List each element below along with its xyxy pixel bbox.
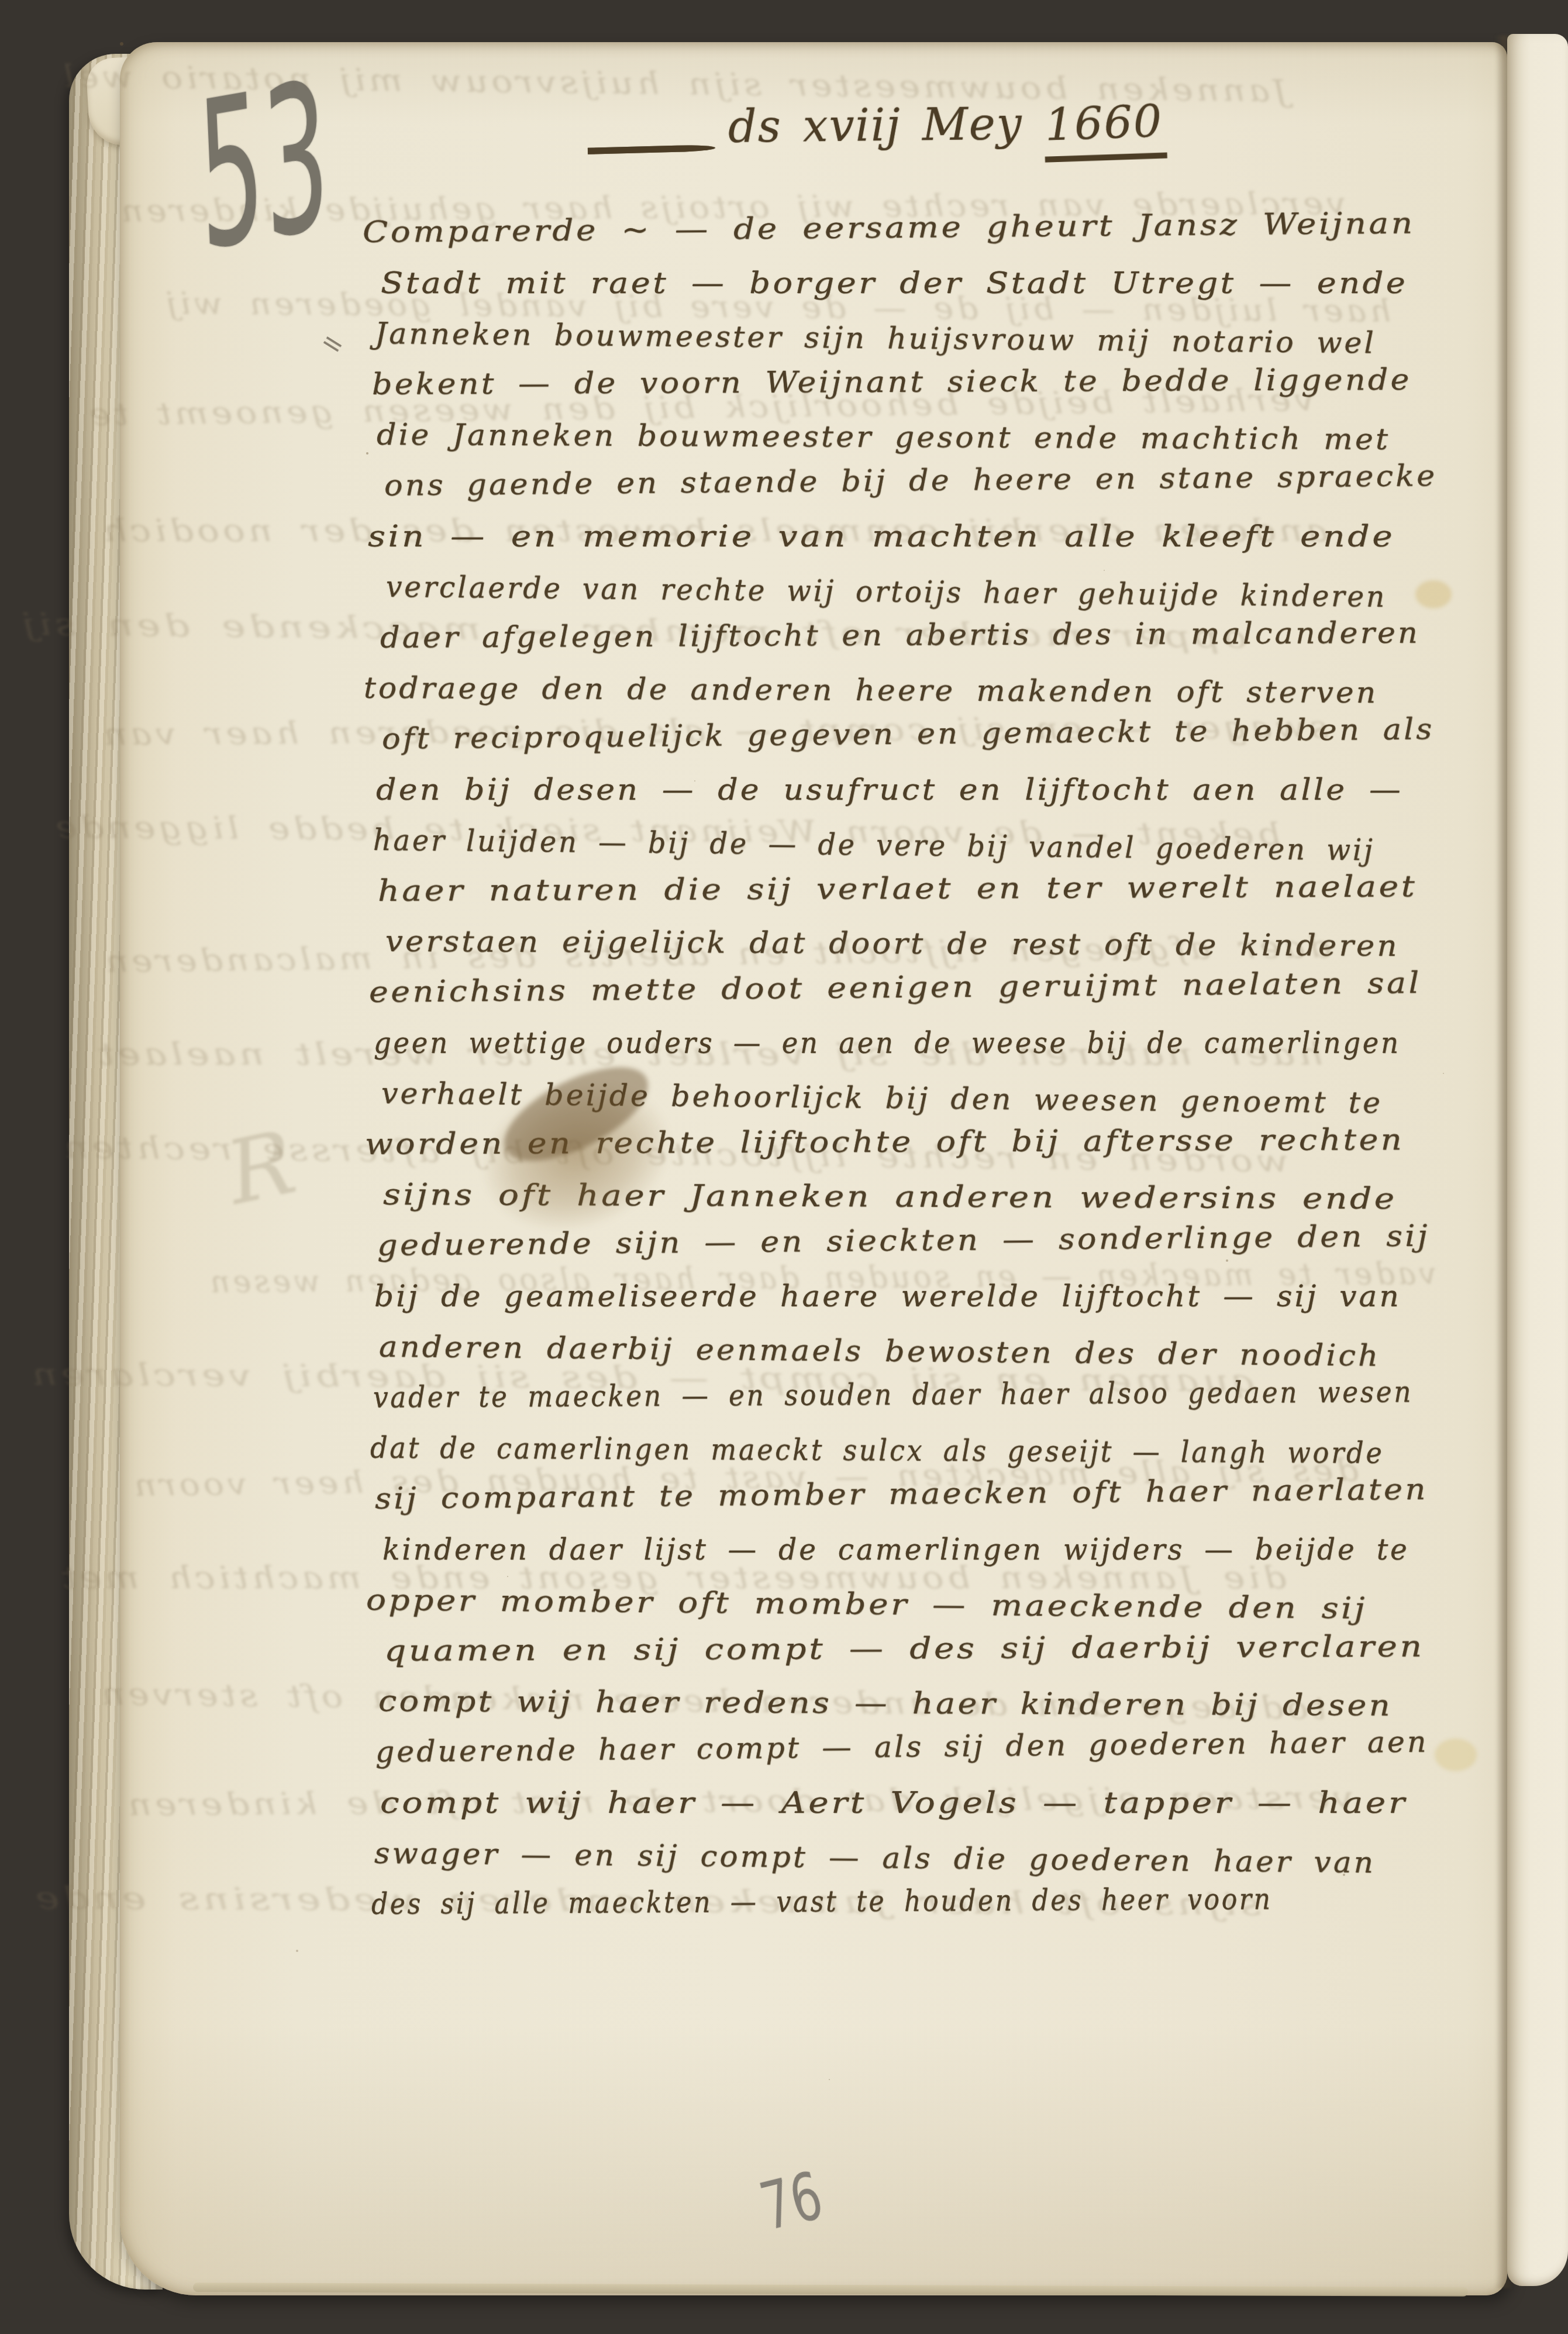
manuscript-line: sin — en memorie van machten alle kleeft… [368,522,1395,551]
manuscript-line: opper momber oft momber — maeckende den … [366,1585,1367,1623]
manuscript-line: verstaen eijgelijck dat doort de rest of… [385,927,1400,961]
manuscript-line: Comparerde ~ — de eersame gheurt Jansz W… [363,208,1415,247]
next-page-edge [1507,34,1568,2286]
manuscript-line: Janneken bouwmeester sijn huijsvrouw mij… [375,319,1376,358]
folio-number-pencil: 53 [195,54,333,280]
manuscript-line: eenichsins mette doot eenigen geruijmt n… [369,968,1422,1007]
manuscript-line: oft reciproquelijck gegeven en gemaeckt … [382,714,1435,753]
heading-year: 1660 [1043,92,1167,163]
manuscript-line: bekent — de voorn Weijnant sieck te bedd… [372,365,1412,399]
manuscript-line: sij comparant te momber maecken oft haer… [375,1475,1428,1513]
manuscript-line: compt wij haer redens — haer kinderen bi… [378,1686,1393,1720]
manuscript-line: swager — en sij compt — als die goederen… [374,1839,1376,1877]
manuscript-line: ons gaende en staende bij de heere en st… [384,461,1438,500]
manuscript-line: die Janneken bouwmeester gesont ende mac… [377,420,1390,454]
foxing-spot [1435,1739,1477,1771]
manuscript-line: verclaerde van rechte wij ortoijs haer g… [386,572,1387,611]
manuscript-line: daer afgelegen lijftocht en abertis des … [380,618,1420,652]
manuscript-line: kinderen daer lijst — de camerlingen wij… [382,1535,1410,1564]
foxing-spot [1415,580,1452,608]
manuscript-line: bij de geameliseerde haere werelde lijft… [374,1282,1401,1311]
heading-date-prefix: ds xviij Mey [728,98,1023,153]
manuscript-line: vader te maecken — en souden daer haer a… [373,1377,1413,1412]
manuscript-line: Stadt mit raet — borger der Stadt Utregt… [381,268,1408,298]
paper-specks [120,42,123,46]
photo-backdrop: Janneken bouwmeester sijn huijsvrouw mij… [0,0,1568,2334]
manuscript-line: haer naturen die sij verlaet en ter were… [378,872,1418,906]
manuscript-line: compt wij haer — Aert Vogels — tapper — … [380,1788,1407,1817]
manuscript-line: todraege den de anderen heere makenden o… [364,673,1379,707]
heading-text: ds xviij Mey 1660 [728,94,1166,164]
manuscript-page: Janneken bouwmeester sijn huijsvrouw mij… [120,42,1507,2295]
manuscript-line: geen wettige ouders — en aen de weese bi… [374,1028,1401,1058]
manuscript-line: geduerende haer compt — als sij den goed… [375,1727,1429,1767]
manuscript-line: haer luijden — bij de — de vere bij vand… [373,825,1375,865]
manuscript-line: den bij desen — de usufruct en lijftocht… [376,775,1403,804]
manuscript-line: anderen daerbij eenmaels bewosten des de… [379,1332,1381,1371]
manuscript-line: quamen en sij compt — des sij daerbij ve… [384,1632,1425,1665]
manuscript-line: des sij alle maeckten — vast te houden d… [371,1884,1273,1919]
manuscript-line: dat de camerlingen maeckt sulcx als gese… [370,1433,1384,1468]
